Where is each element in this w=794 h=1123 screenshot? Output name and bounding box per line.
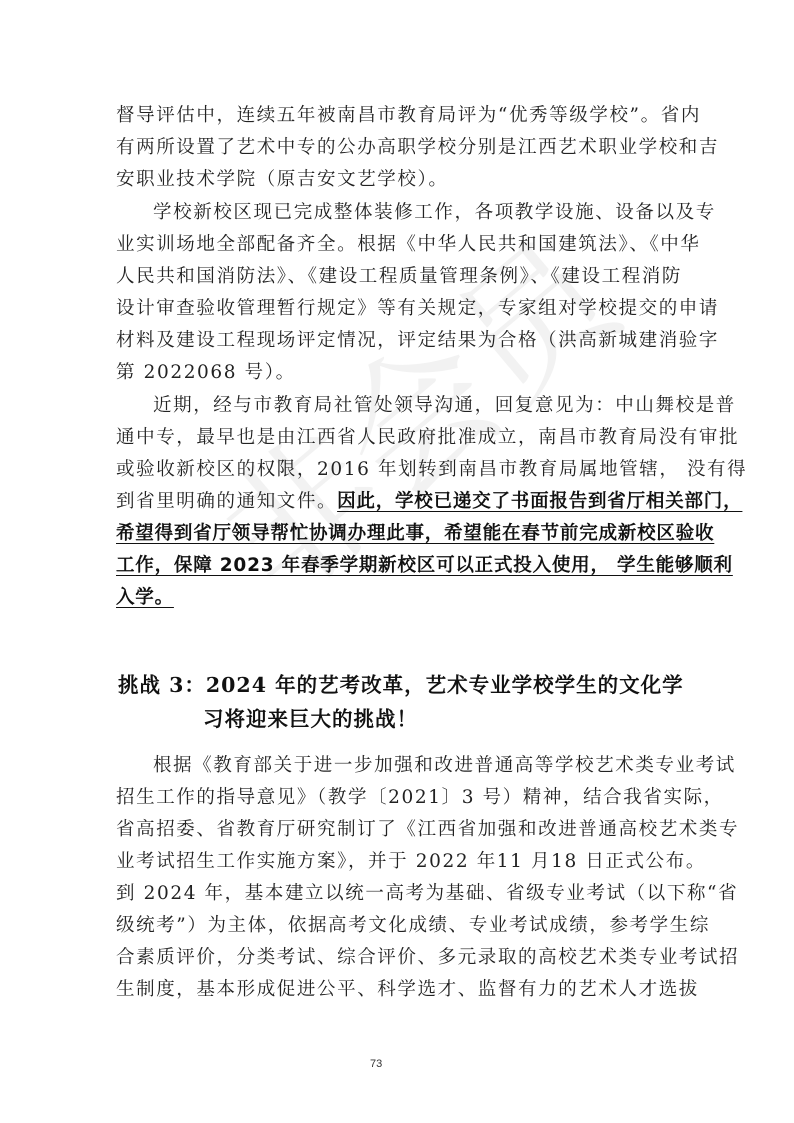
text-line: 安职业技术学院（原吉安文艺学校）。 [116, 164, 448, 196]
text-line: 根据《教育部关于进一步加强和改进普通高等学校艺术类专业考试 [153, 750, 736, 782]
text-line: 人民共和国消防法》、《建设工程质量管理条例》、《建设工程消防 [116, 261, 682, 293]
text-line: 合素质评价，分类考试、综合评价、多元录取的高校艺术类专业考试招 [116, 942, 739, 974]
text-line: 生制度，基本形成促进公平、科学选才、监督有力的艺术人才选拔 [116, 974, 699, 1006]
text-line: 督导评估中，连续五年被南昌市教育局评为“优秀等级学校”。省内 [116, 100, 701, 132]
emphasis-line: 入学。 [116, 582, 174, 614]
text-line: 招生工作的指导意见》（教学〔2021〕3 号）精神，结合我省实际， [116, 782, 724, 814]
text-line: 学校新校区现已完成整体装修工作，各项教学设施、设备以及专 [153, 197, 716, 229]
text-line: 第 2022068 号）。 [116, 357, 296, 389]
section-heading-continued: 习将迎来巨大的挑战！ [203, 702, 418, 732]
page-number: 73 [370, 1058, 382, 1070]
emphasis-text: 因此，学校已递交了书面报告到省厅相关部门， [337, 491, 742, 512]
text-line: 业实训场地全部配备齐全。根据《中华人民共和国建筑法》、《中华 [116, 229, 701, 261]
emphasis-line: 希望得到省厅领导帮忙协调办理此事，希望能在春节前完成新校区验收 [116, 518, 714, 550]
text-line: 通中专，最早也是由江西省人民政府批准成立，南昌市教育局没有审批 [116, 422, 739, 454]
text-line: 设计审查验收管理暂行规定》等有关规定，专家组对学校提交的申请 [116, 293, 719, 325]
text-line: 级统考”）为主体，依据高考文化成绩、专业考试成绩，参考学生综 [116, 910, 710, 942]
text-line: 到省里明确的通知文件。因此，学校已递交了书面报告到省厅相关部门， [116, 486, 742, 518]
text-line: 业考试招生工作实施方案》，并于 2022 年11 月18 日正式公布。 [116, 846, 706, 878]
text-line: 有两所设置了艺术中专的公办高职学校分别是江西艺术职业学校和吉 [116, 132, 719, 164]
section-heading: 挑战 3：2024 年的艺考改革，艺术专业学校学生的文化学 [118, 668, 684, 698]
text-line: 近期，经与市教育局社管处领导沟通，回复意见为：中山舞校是普 [153, 390, 736, 422]
text-line: 材料及建设工程现场评定情况，评定结果为合格（洪高新城建消验字 [116, 325, 719, 357]
document-page: 非会员 督导评估中，连续五年被南昌市教育局评为“优秀等级学校”。省内 有两所设置… [0, 0, 794, 1123]
text-line: 省高招委、省教育厅研究制订了《江西省加强和改进普通高校艺术类专 [116, 814, 739, 846]
emphasis-line: 工作，保障 2023 年春季学期新校区可以正式投入使用， 学生能够顺利 [116, 550, 733, 582]
plain-text: 到省里明确的通知文件。 [116, 491, 337, 512]
text-line: 或验收新校区的权限，2016 年划转到南昌市教育局属地管辖， 没有得 [116, 454, 747, 486]
text-line: 到 2024 年，基本建立以统一高考为基础、省级专业考试（以下称“省 [116, 878, 738, 910]
